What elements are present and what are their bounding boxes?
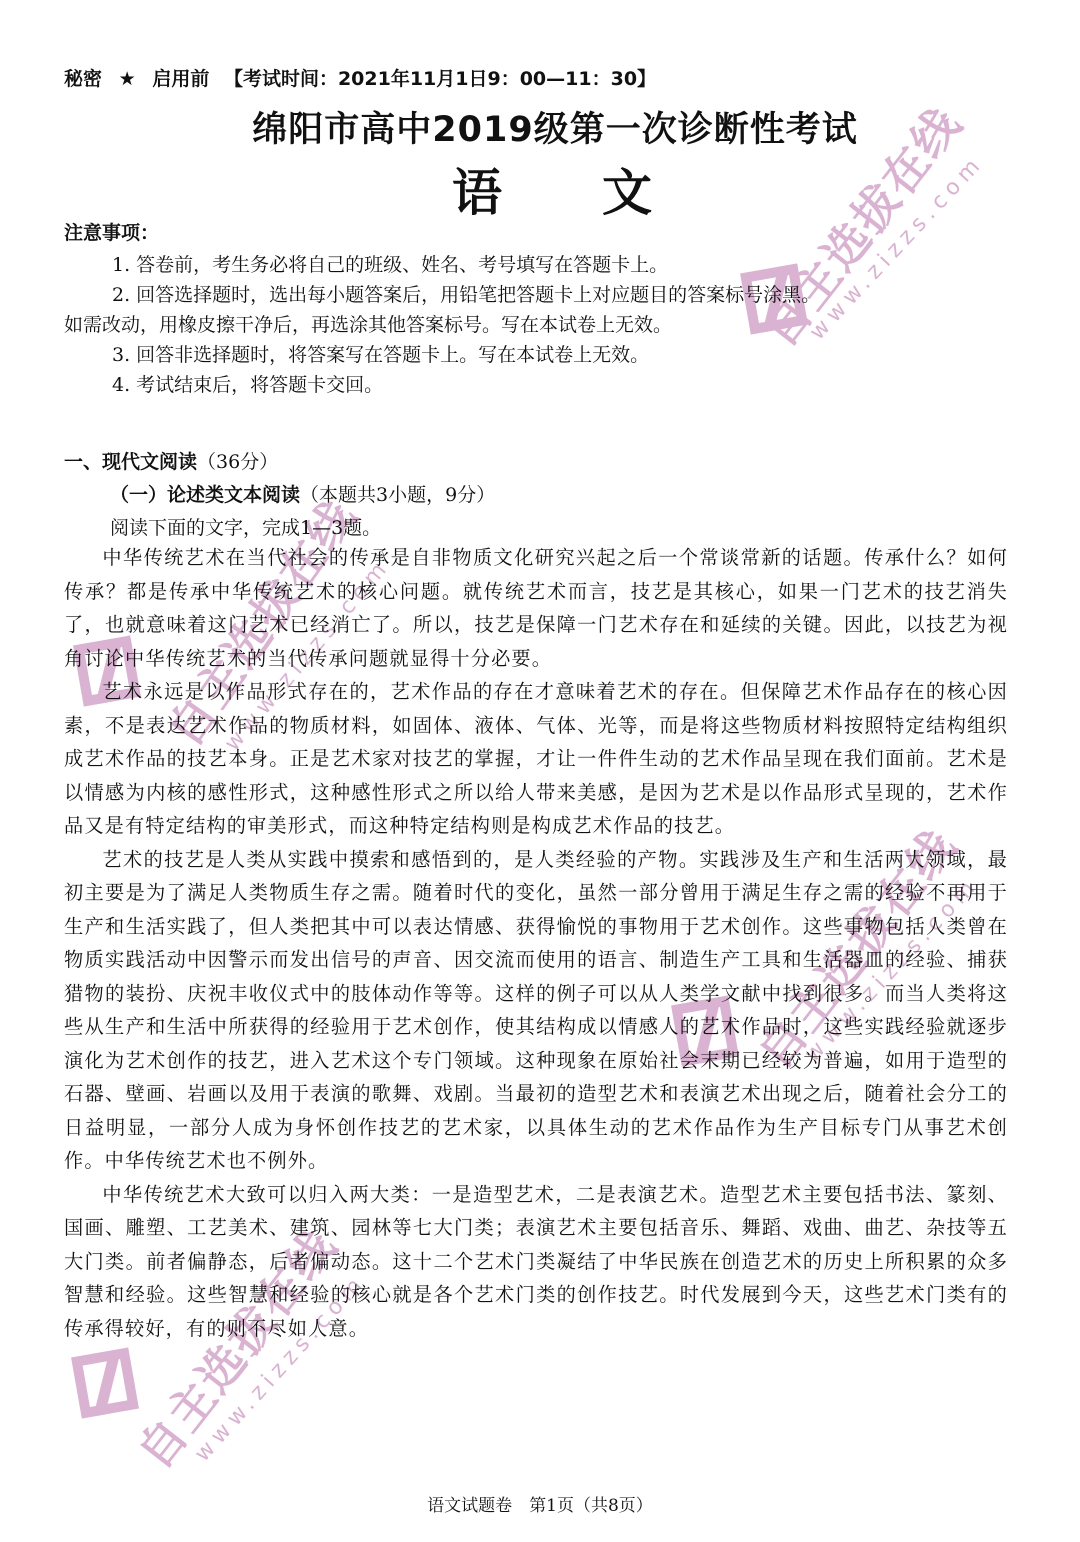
page-footer: 语文试题卷 第1页（共8页） (0, 1491, 1080, 1516)
subsection-heading: （一）论述类文本阅读（本题共3小题，9分） (110, 480, 495, 507)
notice-heading: 注意事项： (64, 218, 159, 245)
notice-item: 3. 回答非选择题时，将答案写在答题卡上。写在本试卷上无效。 (64, 340, 1024, 370)
subsection-title: （一）论述类文本阅读 (110, 484, 300, 506)
status-label: 启用前 (152, 68, 209, 90)
exam-time: 【考试时间：2021年11月1日9：00—11：30】 (224, 68, 656, 90)
subject-char-2: 文 (602, 153, 652, 225)
confidential-line: 秘密 ★ 启用前 【考试时间：2021年11月1日9：00—11：30】 (64, 64, 656, 91)
subsection-note: （本题共3小题，9分） (300, 484, 495, 506)
section-heading: 一、现代文阅读（36分） (64, 447, 278, 474)
notice-item: 4. 考试结束后，将答题卡交回。 (64, 370, 1024, 400)
passage-paragraph: 艺术的技艺是人类从实践中摸索和感悟到的，是人类经验的产物。实践涉及生产和生活两大… (64, 843, 1008, 1178)
section-score: （36分） (197, 451, 278, 473)
notice-item: 2. 回答选择题时，选出每小题答案后，用铅笔把答题卡上对应题目的答案标号涂黑。 (64, 280, 1024, 310)
section-title: 一、现代文阅读 (64, 451, 197, 473)
reading-instruction: 阅读下面的文字，完成1—3题。 (110, 513, 381, 540)
secret-label: 秘密 (64, 68, 102, 90)
passage-paragraph: 中华传统艺术在当代社会的传承是自非物质文化研究兴起之后一个常谈常新的话题。传承什… (64, 541, 1008, 675)
notice-list: 1. 答卷前，考生务必将自己的班级、姓名、考号填写在答题卡上。 2. 回答选择题… (64, 250, 1024, 400)
reading-passage: 中华传统艺术在当代社会的传承是自非物质文化研究兴起之后一个常谈常新的话题。传承什… (64, 541, 1008, 1345)
notice-item-continued: 如需改动，用橡皮擦干净后，再选涂其他答案标号。写在本试卷上无效。 (64, 310, 1024, 340)
exam-page: 自主选拔在线 www.zizzs.com 自主选拔在线 www.zizzs.co… (0, 0, 1080, 1542)
watermark-n-logo-icon (71, 1347, 139, 1418)
passage-paragraph: 艺术永远是以作品形式存在的，艺术作品的存在才意味着艺术的存在。但保障艺术作品存在… (64, 675, 1008, 843)
subject-title: 语文 (0, 153, 1080, 225)
exam-title: 绵阳市高中2019级第一次诊断性考试 (0, 102, 1080, 152)
passage-paragraph: 中华传统艺术大致可以归入两大类：一是造型艺术，二是表演艺术。造型艺术主要包括书法… (64, 1178, 1008, 1346)
notice-item: 1. 答卷前，考生务必将自己的班级、姓名、考号填写在答题卡上。 (64, 250, 1024, 280)
subject-char-1: 语 (452, 153, 502, 225)
star-icon: ★ (119, 68, 136, 90)
